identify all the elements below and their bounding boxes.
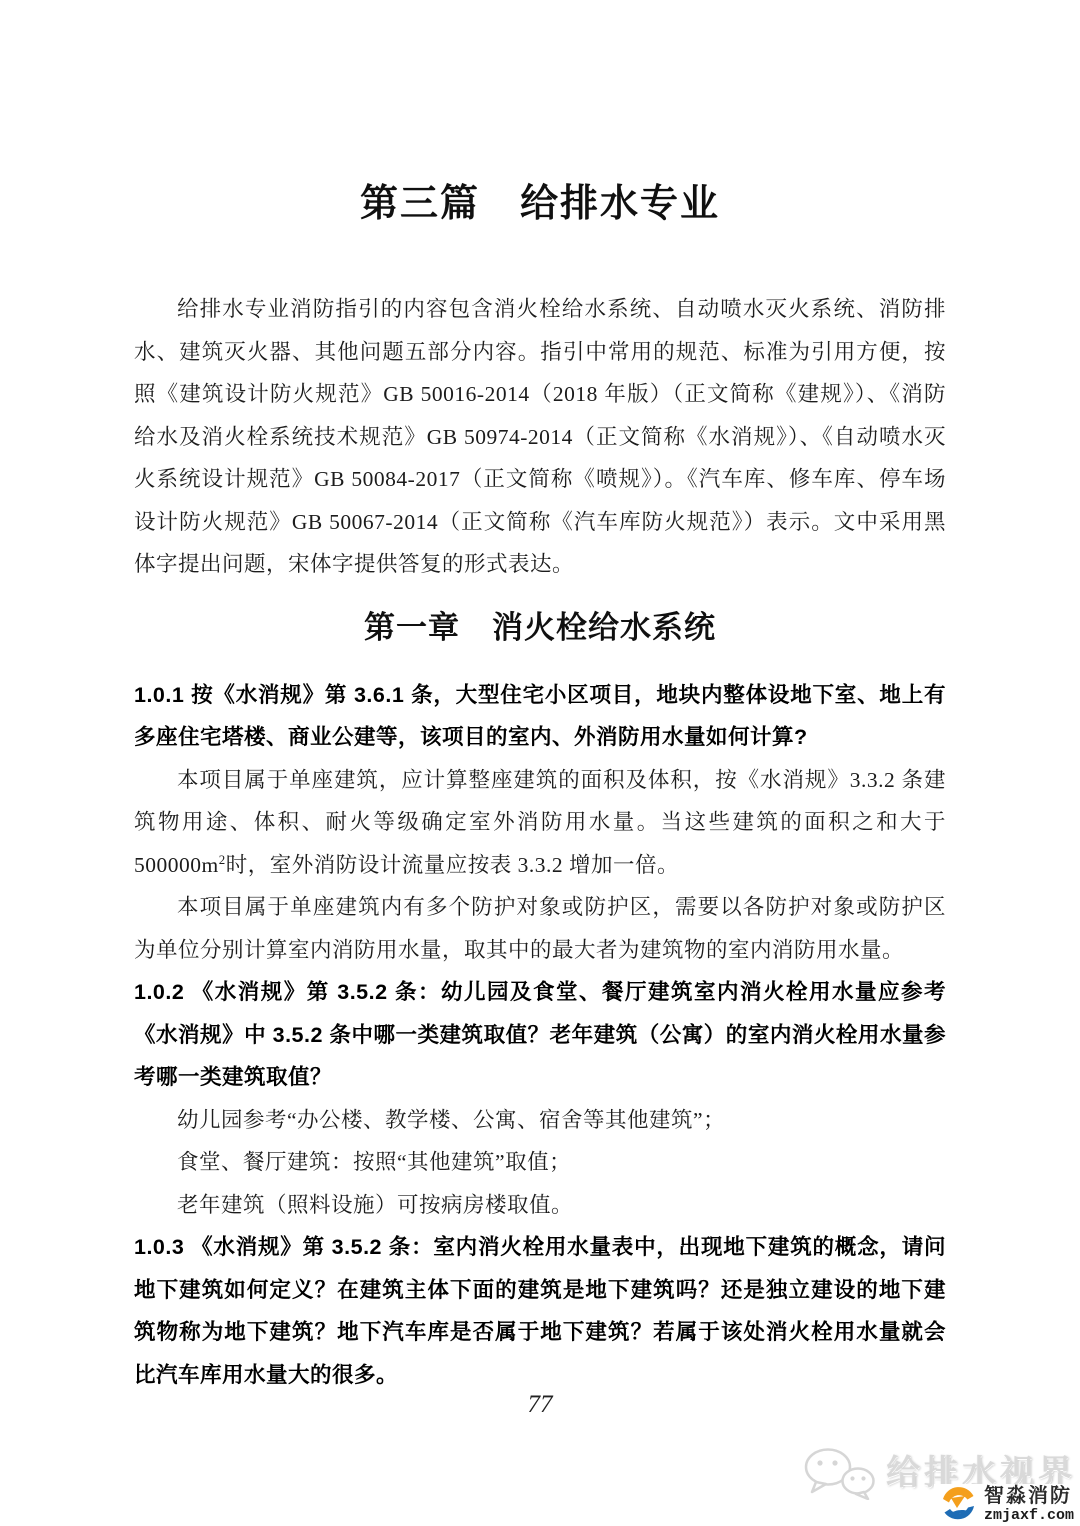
brand-text-block: 智淼消防 zmjaxf.com bbox=[984, 1485, 1074, 1524]
wechat-chat-bubbles-icon bbox=[802, 1446, 878, 1500]
answer-1-0-1-paragraph-2: 本项目属于单座建筑内有多个防护对象或防护区，需要以各防护对象或防护区为单位分别计… bbox=[134, 886, 946, 971]
part-title: 第三篇 给排水专业 bbox=[134, 180, 946, 228]
brand-watermark: 智淼消防 zmjaxf.com bbox=[934, 1484, 1074, 1524]
superscript-2: 2 bbox=[219, 852, 226, 866]
answer-1-0-2-line-1: 幼儿园参考“办公楼、教学楼、公寓、宿舍等其他建筑”； bbox=[134, 1099, 946, 1142]
answer-1-0-2-line-2: 食堂、餐厅建筑：按照“其他建筑”取值； bbox=[134, 1141, 946, 1184]
answer-1-0-1-text-after-sup: 时，室外消防设计流量应按表 3.3.2 增加一倍。 bbox=[226, 853, 679, 877]
brand-name: 智淼消防 bbox=[984, 1485, 1074, 1507]
answer-1-0-2-line-3: 老年建筑（照料设施）可按病房楼取值。 bbox=[134, 1184, 946, 1227]
zhimiao-logo-icon bbox=[938, 1484, 978, 1524]
question-1-0-2: 1.0.2 《水消规》第 3.5.2 条：幼儿园及食堂、餐厅建筑室内消火栓用水量… bbox=[134, 971, 946, 1099]
question-1-0-1: 1.0.1 按《水消规》第 3.6.1 条，大型住宅小区项目，地块内整体设地下室… bbox=[134, 674, 946, 759]
document-content: 第三篇 给排水专业 给排水专业消防指引的内容包含消火栓给水系统、自动喷水灭火系统… bbox=[134, 180, 946, 1396]
intro-paragraph: 给排水专业消防指引的内容包含消火栓给水系统、自动喷水灭火系统、消防排水、建筑灭火… bbox=[134, 288, 946, 586]
chapter-title: 第一章 消火栓给水系统 bbox=[134, 608, 946, 648]
answer-1-0-1-paragraph-1: 本项目属于单座建筑，应计算整座建筑的面积及体积，按《水消规》3.3.2 条建筑物… bbox=[134, 759, 946, 887]
question-1-0-3: 1.0.3 《水消规》第 3.5.2 条：室内消火栓用水量表中，出现地下建筑的概… bbox=[134, 1226, 946, 1396]
page-number: 77 bbox=[0, 1390, 1080, 1420]
brand-url: zmjaxf.com bbox=[984, 1507, 1074, 1524]
